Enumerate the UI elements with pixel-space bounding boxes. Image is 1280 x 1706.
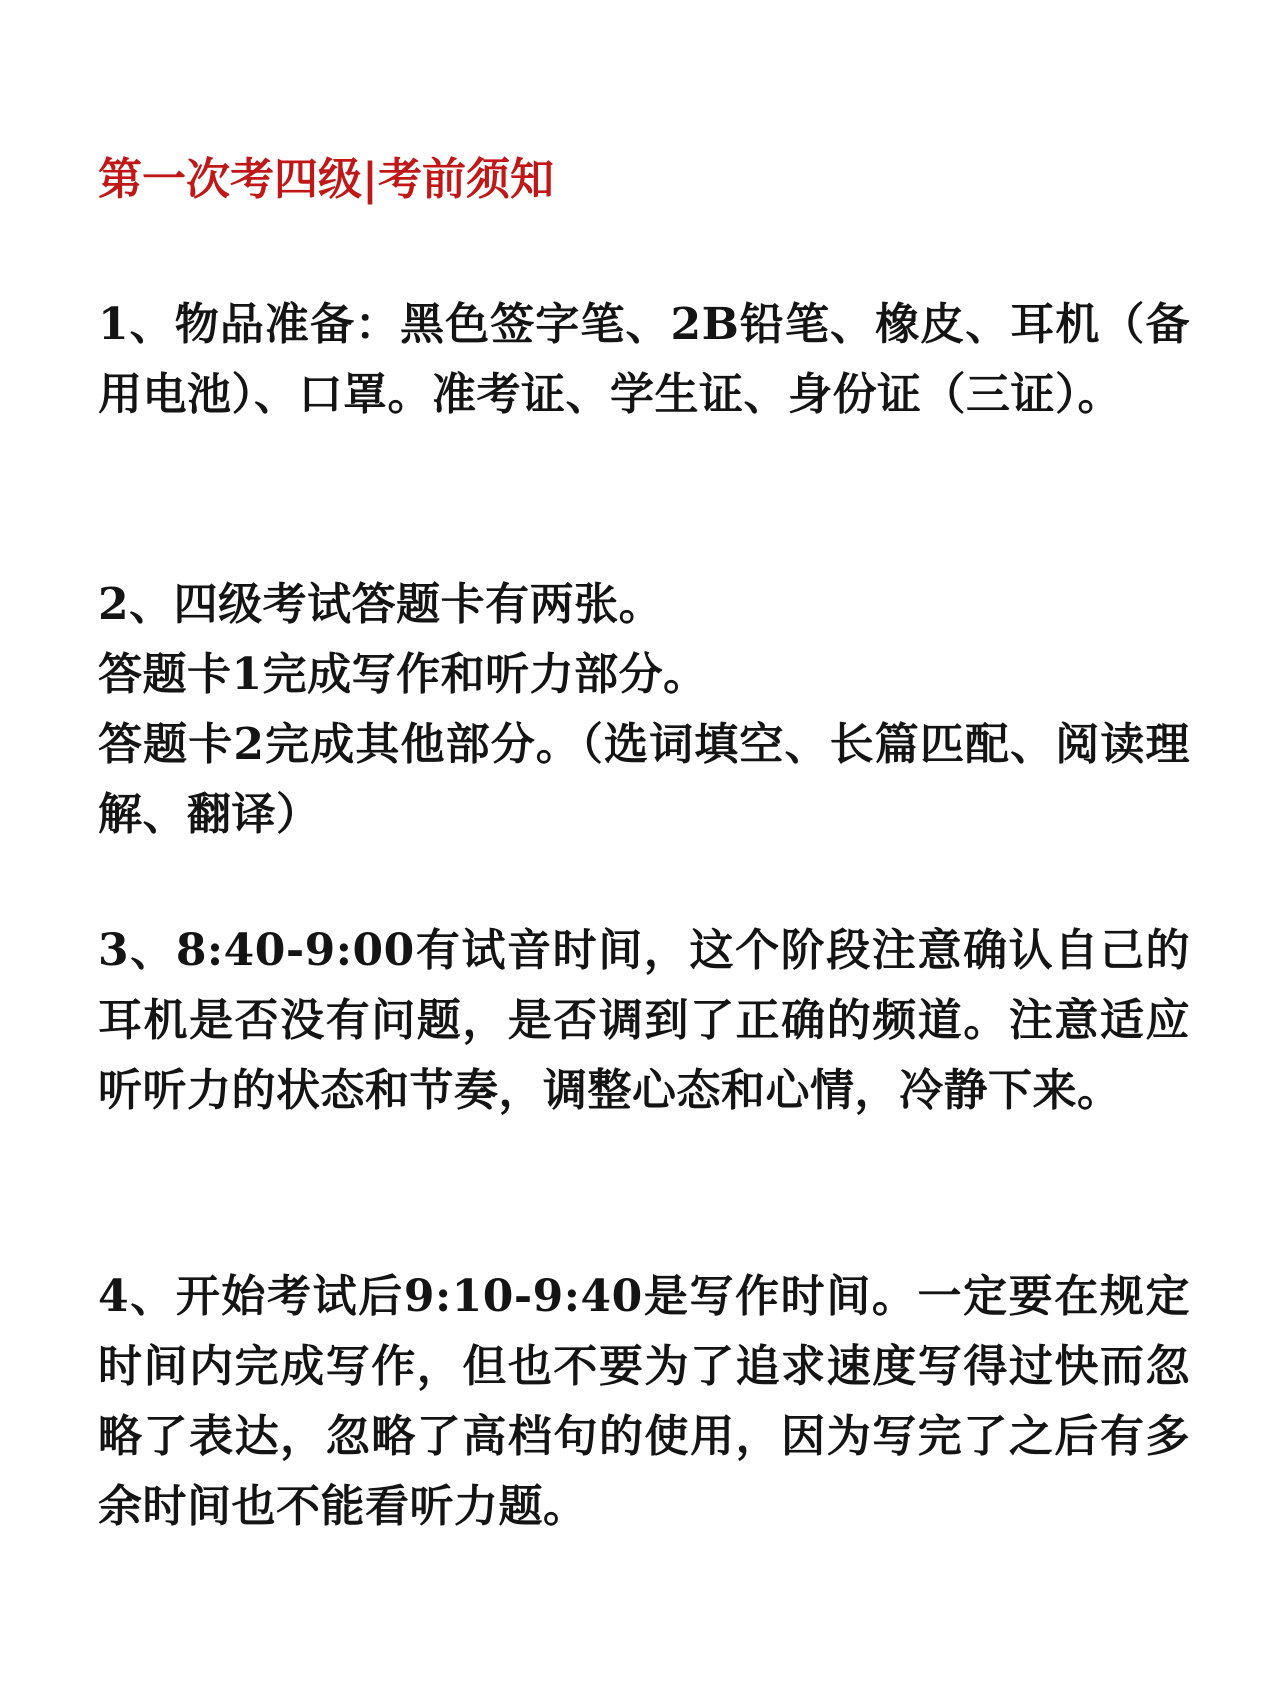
section-answer-sheets: 2、四级考试答题卡有两张。 答题卡1完成写作和听力部分。 答题卡2完成其他部分。… — [98, 570, 1190, 850]
section-paragraph: 4、开始考试后9:10-9:40是写作时间。一定要在规定时间内完成写作，但也不要… — [98, 1262, 1190, 1542]
section-paragraph: 2、四级考试答题卡有两张。 — [98, 570, 1190, 640]
section-paragraph: 答题卡2完成其他部分。（选词填空、长篇匹配、阅读理解、翻译） — [98, 710, 1190, 850]
document-page: 第一次考四级|考前须知 1、物品准备：黑色签字笔、2B铅笔、橡皮、耳机（备用电池… — [98, 150, 1190, 210]
section-paragraph: 答题卡1完成写作和听力部分。 — [98, 640, 1190, 710]
section-writing-time: 4、开始考试后9:10-9:40是写作时间。一定要在规定时间内完成写作，但也不要… — [98, 1262, 1190, 1542]
section-audio-test: 3、8:40-9:00有试音时间，这个阶段注意确认自己的耳机是否没有问题，是否调… — [98, 916, 1190, 1126]
page-title: 第一次考四级|考前须知 — [98, 150, 1190, 210]
section-paragraph: 1、物品准备：黑色签字笔、2B铅笔、橡皮、耳机（备用电池）、口罩。准考证、学生证… — [98, 290, 1190, 430]
section-items-preparation: 1、物品准备：黑色签字笔、2B铅笔、橡皮、耳机（备用电池）、口罩。准考证、学生证… — [98, 290, 1190, 430]
section-paragraph: 3、8:40-9:00有试音时间，这个阶段注意确认自己的耳机是否没有问题，是否调… — [98, 916, 1190, 1126]
